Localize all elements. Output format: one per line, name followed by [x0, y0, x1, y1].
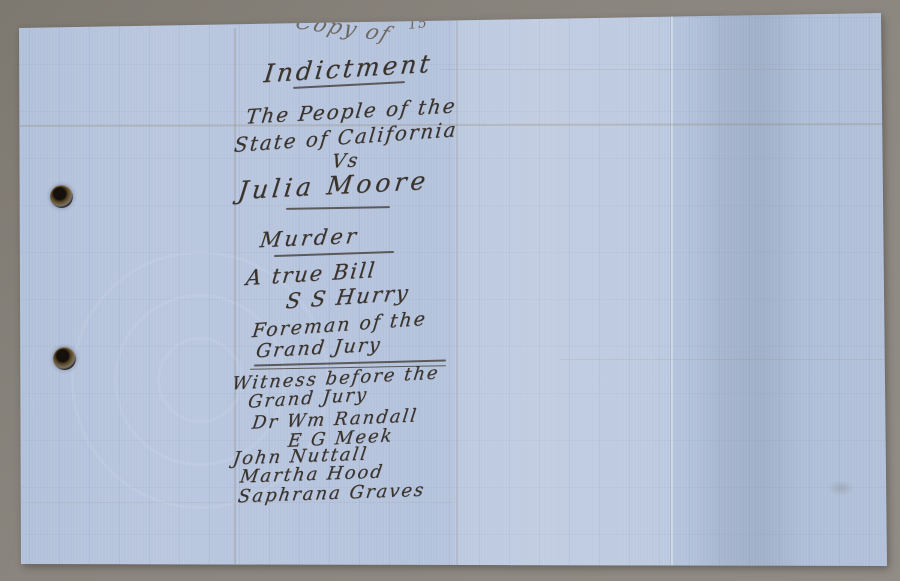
document-paper: Copy of 15 Indictment The People of the … [0, 0, 900, 581]
paper-shadow: Copy of 15 Indictment The People of the … [0, 0, 900, 581]
fold-crease-vertical-3 [671, 16, 673, 566]
photo-backdrop: Copy of 15 Indictment The People of the … [0, 0, 900, 581]
fold-panel-sheen [455, 0, 672, 581]
shading-band [688, 0, 804, 581]
page-number-annotation: 15 [407, 15, 428, 33]
charge-underline [274, 251, 394, 257]
document-title: Indictment [262, 49, 434, 89]
paper-stain [828, 480, 854, 496]
charge-label: Murder [258, 224, 360, 252]
defendant-underline [286, 206, 390, 210]
fold-crease-horizontal-3 [560, 359, 884, 360]
binding-eyelet-bottom [53, 347, 76, 370]
copy-annotation: Copy of [292, 10, 395, 46]
defendant-name: Julia Moore [236, 166, 431, 205]
binding-eyelet-top [50, 185, 73, 208]
fold-crease-horizontal-2 [440, 69, 880, 70]
